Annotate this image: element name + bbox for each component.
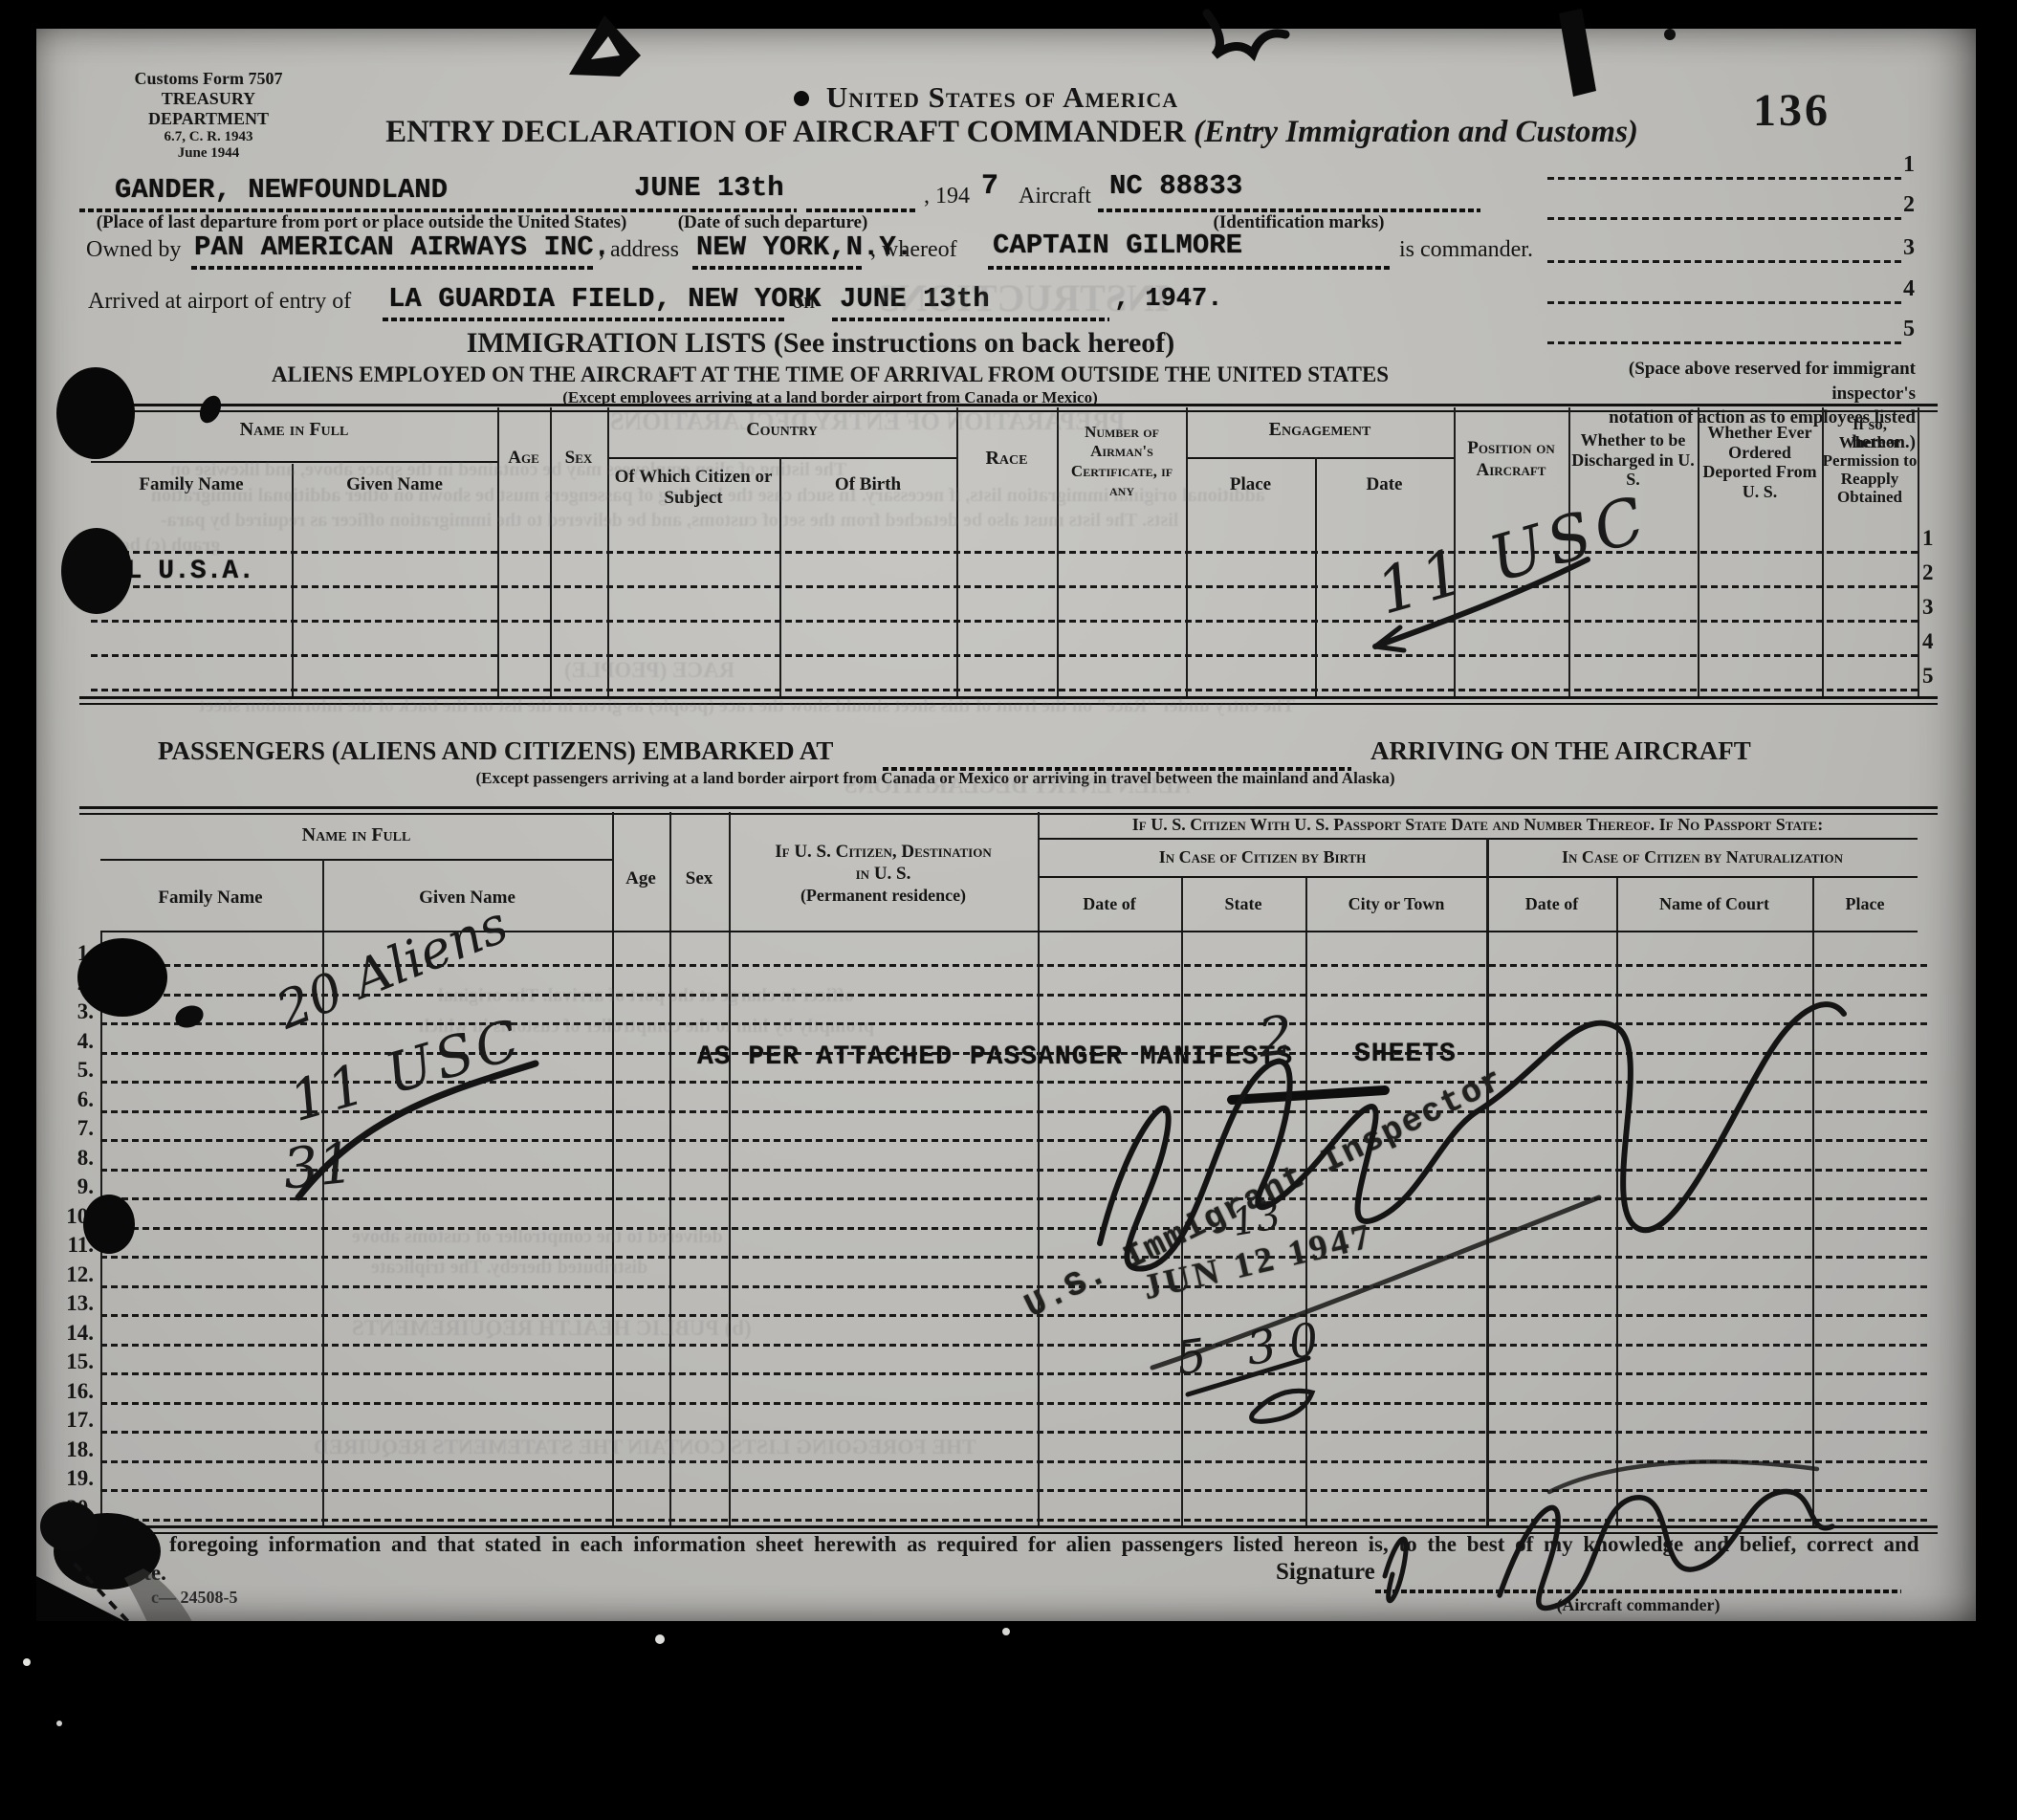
address-label: , address (599, 237, 679, 263)
passengers-row-line (100, 1169, 1927, 1172)
pax-col-name-of-court: Name of Court (1616, 894, 1812, 914)
certification-text: The foregoing information and that state… (122, 1532, 1919, 1557)
nation-title: United States of America (572, 80, 1433, 115)
pax-passport-divider (1038, 838, 1918, 840)
year-value: 7 (981, 170, 998, 203)
page-number: 136 (1753, 84, 1831, 137)
margin-line-number: 2 (1903, 192, 1915, 218)
paper-speck (655, 1634, 665, 1644)
pax-col-sex: Sex (669, 868, 729, 889)
pax-name-divider (100, 859, 612, 861)
signature-label: Signature (1276, 1559, 1375, 1586)
margin-line (1547, 177, 1901, 180)
paper-speck (56, 1721, 62, 1726)
passengers-table-top-rule (79, 806, 1938, 815)
pax-passport-header: If U. S. Citizen With U. S. Passport Sta… (1038, 815, 1918, 835)
pax-col-place: Place (1812, 894, 1918, 914)
departure-place-value: GANDER, NEWFOUNDLAND (115, 174, 448, 206)
manifest-sheet-count: 2 (1256, 1004, 1296, 1069)
passengers-col-rule (1181, 878, 1183, 1525)
immigration-lists-heading: IMMIGRATION LISTS (See instructions on b… (438, 327, 1203, 360)
form-title: ENTRY DECLARATION OF AIRCRAFT COMMANDER … (247, 115, 1777, 150)
hand-date-correction: 13 (1228, 1194, 1283, 1245)
emp-col-race: Race (956, 448, 1057, 470)
owned-by-label: Owned by (86, 237, 181, 263)
pax-birth-group: In Case of Citizen by Birth (1038, 847, 1487, 867)
emp-col-date: Date (1315, 474, 1454, 495)
signature-caption: (Aircraft commander) (1519, 1595, 1758, 1615)
ghost-text-line: graph (c) below. (89, 535, 220, 557)
passengers-row-number: 10. (50, 1204, 94, 1229)
pax-col-age: Age (612, 868, 669, 889)
departure-date-value: JUNE 13th (634, 172, 784, 204)
pax-nat-divider (1487, 876, 1918, 878)
manifest-text: AS PER ATTACHED PASSANGER MANIFESTS (697, 1042, 1293, 1072)
pax-destination-line3: (Permanent residence) (729, 886, 1038, 907)
pax-col-city-or-town: City or Town (1305, 894, 1487, 914)
pax-destination-line2: in U. S. (729, 864, 1038, 886)
employees-row-line (91, 620, 1920, 623)
margin-line (1547, 301, 1901, 304)
aircraft-label: Aircraft (1019, 184, 1091, 209)
passengers-row-number: 11. (50, 1233, 94, 1258)
emp-col-name-in-full: Name in Full (91, 419, 497, 441)
passengers-col-rule (1305, 878, 1307, 1525)
inspector-note-line: (Space above reserved for immigrant insp… (1576, 357, 1916, 406)
ghost-text-line: THE FOREGOING LISTS CONTAIN THE STATEMEN… (314, 1435, 976, 1459)
form-paper: Customs Form 7507 TREASURY DEPARTMENT 6.… (36, 29, 1976, 1621)
pax-col-name-in-full: Name in Full (100, 824, 612, 846)
passengers-row-line (100, 1519, 1927, 1522)
passengers-row-line (100, 1285, 1927, 1288)
print-code: c— 24508-5 (151, 1588, 237, 1608)
margin-line (1547, 341, 1901, 344)
passengers-row-number: 9. (50, 1174, 94, 1199)
passengers-row-number: 5. (50, 1058, 94, 1083)
passengers-row-line (100, 1372, 1927, 1375)
employees-col-rule (1315, 457, 1317, 696)
margin-line (1547, 260, 1901, 263)
passengers-row-number: 13. (50, 1291, 94, 1316)
passengers-col-rule (1616, 878, 1618, 1525)
employees-row-line (91, 654, 1920, 657)
pax-col-destination: If U. S. Citizen, Destination in U. S. (… (729, 842, 1038, 906)
scanned-document-canvas: Customs Form 7507 TREASURY DEPARTMENT 6.… (0, 0, 2017, 1820)
form-title-main: ENTRY DECLARATION OF AIRCRAFT COMMANDER (385, 115, 1186, 149)
employees-row-number: 5 (1922, 664, 1934, 689)
emp-col-deported: Whether Ever Ordered Deported From U. S. (1698, 423, 1822, 502)
margin-line-number: 5 (1903, 317, 1915, 342)
year-prefix: , 194 (924, 184, 970, 209)
owner-value: PAN AMERICAN AIRWAYS INC. (194, 231, 610, 263)
departure-place-caption: (Place of last departure from port or pl… (84, 212, 639, 233)
employees-row-number: 1 (1922, 526, 1934, 551)
ghost-text-line: The listing of alien employees may be co… (170, 459, 846, 481)
passengers-row-number: 20. (50, 1496, 94, 1521)
departure-place-line (79, 208, 797, 212)
arrival-airport-line (383, 318, 784, 321)
passengers-row-number: 18. (50, 1437, 94, 1462)
margin-line (1547, 217, 1901, 220)
passengers-row-number: 12. (50, 1262, 94, 1287)
employees-row-line (91, 689, 1920, 691)
ghost-text-line: PREPARATION OF ENTRY DECLARATIONS (610, 407, 1125, 436)
passengers-row-number: 17. (50, 1408, 94, 1433)
passengers-row-line (100, 1197, 1927, 1200)
form-id-line: Customs Form 7507 (103, 69, 314, 89)
pax-destination-line1: If U. S. Citizen, Destination (729, 842, 1038, 864)
passengers-row-number: 4. (50, 1029, 94, 1054)
emp-col-position: Position on Aircraft (1454, 438, 1568, 482)
employees-entry-all-usa: ALL U.S.A. (94, 557, 254, 586)
passengers-row-line (100, 1344, 1927, 1347)
address-line (692, 266, 865, 270)
pax-col-family-name: Family Name (100, 888, 320, 909)
paper-speck (1002, 1628, 1010, 1635)
aliens-employed-heading: ALIENS EMPLOYED ON THE AIRCRAFT AT THE T… (180, 362, 1480, 387)
passengers-row-number: 2. (50, 971, 94, 996)
pax-naturalization-group: In Case of Citizen by Naturalization (1487, 847, 1918, 867)
passengers-group-rule (1486, 838, 1489, 1525)
ghost-text-line: distributed thereby. The triplicate (371, 1257, 647, 1279)
margin-line-number: 1 (1903, 152, 1915, 178)
pax-birth-divider (1038, 876, 1487, 878)
on-label: on (792, 289, 815, 315)
passengers-col-rule (1812, 878, 1814, 1525)
passengers-row-line (100, 1460, 1927, 1463)
passengers-row-line (100, 1489, 1927, 1492)
ghost-text-line: officer in charge at the port of arrival… (438, 985, 854, 1007)
employees-row-number: 4 (1922, 629, 1934, 654)
passengers-row-number: 8. (50, 1146, 94, 1171)
pax-col-birth-date-of: Date of (1038, 894, 1181, 914)
commander-value: CAPTAIN GILMORE (993, 230, 1242, 261)
is-commander-label: is commander. (1399, 237, 1533, 263)
pax-col-state: State (1181, 894, 1305, 914)
margin-line-number: 3 (1903, 235, 1915, 261)
passengers-row-number: 19. (50, 1466, 94, 1491)
arrival-label: Arrived at airport of entry of (88, 289, 351, 315)
passengers-row-number: 15. (50, 1349, 94, 1374)
ghost-text-line: INSTRUCTIONS (878, 275, 1170, 320)
signature-line (1375, 1590, 1901, 1593)
passengers-heading-left: PASSENGERS (ALIENS AND CITIZENS) EMBARKE… (158, 736, 833, 766)
commander-line (988, 266, 1390, 270)
ghost-text-line: delivered to the comptroller of customs … (352, 1226, 723, 1248)
paper-speck (23, 1658, 31, 1666)
emp-col-discharged: Whether to be Discharged in U. S. (1568, 430, 1698, 490)
manifest-sheets-label: SHEETS (1354, 1040, 1457, 1069)
passengers-row-number: 6. (50, 1087, 94, 1112)
passengers-heading-right: ARRIVING ON THE AIRCRAFT (1370, 736, 1751, 766)
hand-total-count: 31 (280, 1129, 358, 1201)
employees-row-number: 2 (1922, 560, 1934, 585)
employees-row-number: 3 (1922, 595, 1934, 620)
ghost-text-line: (b) PUBLIC HEALTH REQUIREMENTS (352, 1316, 752, 1341)
ghost-text-line: RACE (PEOPLE) (564, 658, 734, 683)
passengers-row-line (100, 1022, 1927, 1025)
passengers-row-line (100, 1139, 1927, 1142)
passengers-row-line (100, 1402, 1927, 1405)
passengers-header-bottom-rule (100, 931, 1918, 932)
certification-complete-word: complete. (77, 1561, 166, 1586)
aircraft-line (1098, 208, 1480, 212)
emp-col-reapply: If so, Whether Permission to Reapply Obt… (1822, 415, 1918, 506)
ghost-text-line: The entry under “Race” on the front of t… (199, 695, 1295, 717)
passengers-row-number: 3. (50, 999, 94, 1024)
owner-line (191, 266, 593, 270)
bottom-edge (36, 1621, 1976, 1683)
passengers-row-number: 7. (50, 1116, 94, 1141)
form-title-qualifier: (Entry Immigration and Customs) (1194, 115, 1638, 149)
arrival-airport-value: LA GUARDIA FIELD, NEW YORK (388, 283, 821, 315)
ghost-text-line: ALIEN ENTRY DECLARATIONS (844, 774, 1191, 800)
margin-line-number: 4 (1903, 276, 1915, 302)
employees-row-line (91, 585, 1920, 588)
passengers-row-number: 16. (50, 1379, 94, 1404)
emp-col-engagement: Engagement (1186, 419, 1454, 441)
emp-engagement-divider (1186, 457, 1454, 459)
ghost-text-line: lists. The lists must also be detached f… (161, 510, 1178, 532)
passengers-row-line (100, 1431, 1927, 1434)
passengers-row-number: 1. (50, 941, 94, 966)
departure-date-caption: (Date of such departure) (658, 212, 888, 233)
pax-col-nat-date-of: Date of (1487, 894, 1616, 914)
ghost-text-line: additional original immigration lists, i… (151, 485, 1265, 507)
passengers-row-number: 14. (50, 1321, 94, 1346)
employees-handwritten-count: 11 USC (1369, 481, 1657, 629)
whereof-label: , whereof (870, 237, 957, 263)
aircraft-value: NC 88833 (1109, 170, 1242, 202)
departure-date-line (806, 208, 916, 212)
